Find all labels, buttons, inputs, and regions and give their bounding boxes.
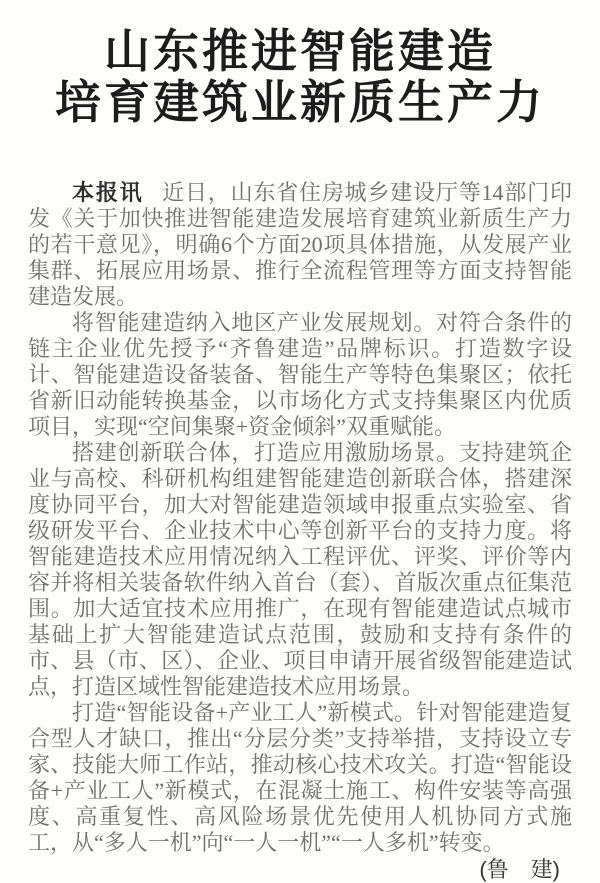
dateline-lead: 本报讯	[72, 180, 143, 205]
newspaper-article-page: 山东推进智能建造 培育建筑业新质生产力 本报讯近日，山东省住房城乡建设厅等14部…	[0, 0, 600, 883]
paragraph-3-text: 搭建创新联合体，打造应用激励场景。支持建筑企业与高校、科研机构组建智能建造创新联…	[28, 440, 572, 699]
article-title: 山东推进智能建造 培育建筑业新质生产力	[0, 0, 600, 128]
title-line-1: 山东推进智能建造	[0, 26, 600, 77]
byline: (鲁 建)	[28, 856, 572, 883]
title-line-2: 培育建筑业新质生产力	[0, 77, 600, 128]
paragraph-2: 将智能建造纳入地区产业发展规划。对符合条件的链主企业优先授予“齐鲁建造”品牌标识…	[28, 310, 572, 440]
article-body: 本报讯近日，山东省住房城乡建设厅等14部门印发《关于加快推进智能建造发展培育建筑…	[0, 180, 600, 883]
paragraph-4-text: 打造“智能设备+产业工人”新模式。针对智能建造复合型人才缺口，推出“分层分类”支…	[28, 700, 572, 855]
paragraph-3: 搭建创新联合体，打造应用激励场景。支持建筑企业与高校、科研机构组建智能建造创新联…	[28, 440, 572, 700]
paragraph-2-text: 将智能建造纳入地区产业发展规划。对符合条件的链主企业优先授予“齐鲁建造”品牌标识…	[28, 310, 572, 439]
paragraph-1: 本报讯近日，山东省住房城乡建设厅等14部门印发《关于加快推进智能建造发展培育建筑…	[28, 180, 572, 310]
paragraph-4: 打造“智能设备+产业工人”新模式。针对智能建造复合型人才缺口，推出“分层分类”支…	[28, 700, 572, 856]
